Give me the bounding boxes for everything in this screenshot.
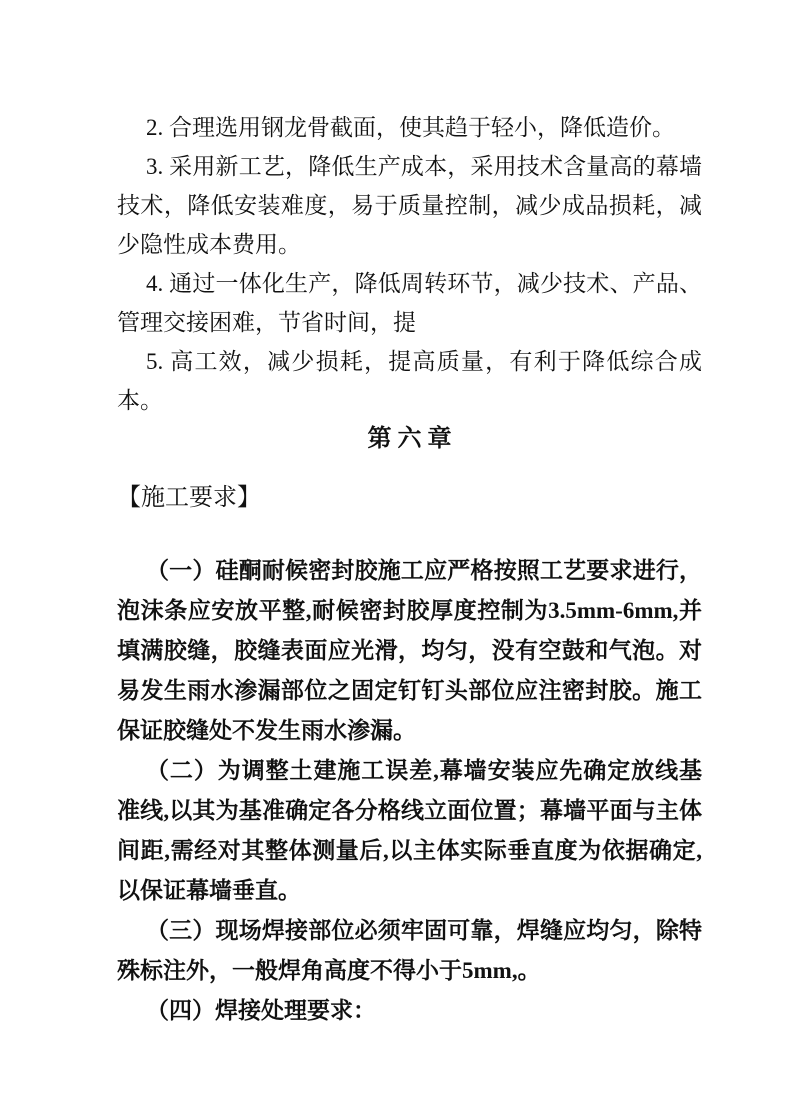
document-page: 2. 合理选用钢龙骨截面，使其趋于轻小，降低造价。 3. 采用新工艺，降低生产成…	[0, 0, 790, 1118]
list-item-4: 4. 通过一体化生产，降低周转环节，减少技术、产品、管理交接困难，节省时间，提	[117, 264, 702, 342]
requirement-item-3: （三）现场焊接部位必须牢固可靠，焊缝应均匀，除特殊标注外，一般焊角高度不得小于5…	[117, 911, 702, 991]
list-item-2: 2. 合理选用钢龙骨截面，使其趋于轻小，降低造价。	[117, 108, 702, 147]
requirement-item-1: （一）硅酮耐候密封胶施工应严格按照工艺要求进行，泡沫条应安放平整,耐候密封胶厚度…	[117, 551, 702, 751]
requirement-item-2: （二）为调整土建施工误差,幕墙安装应先确定放线基准线,以其为基准确定各分格线立面…	[117, 751, 702, 911]
list-item-5: 5. 高工效，减少损耗，提高质量，有利于降低综合成本。	[117, 342, 702, 420]
chapter-heading: 第 六 章	[117, 420, 702, 459]
list-item-3: 3. 采用新工艺，降低生产成本，采用技术含量高的幕墙技术，降低安装难度，易于质量…	[117, 147, 702, 264]
requirement-item-4: （四）焊接处理要求：	[117, 991, 702, 1031]
section-label: 【施工要求】	[117, 479, 702, 518]
